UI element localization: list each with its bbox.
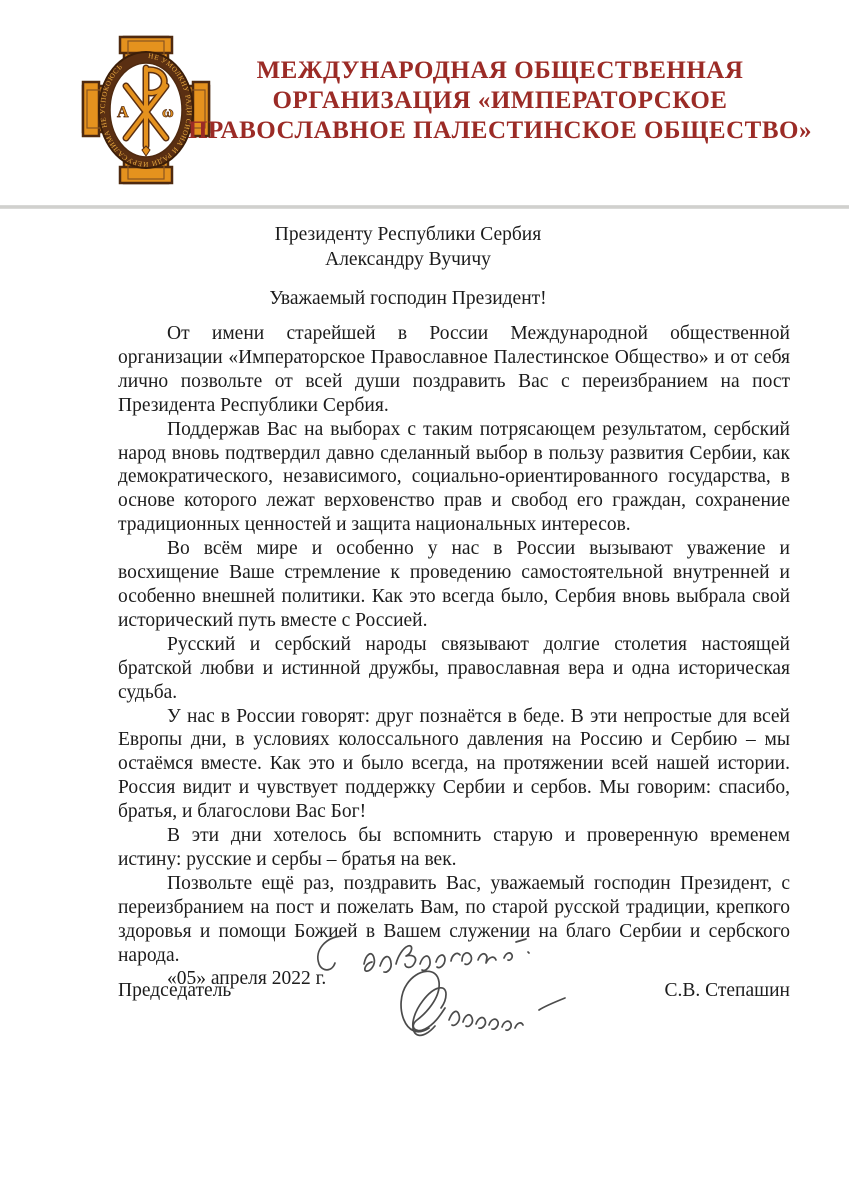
org-title-line-2: ОРГАНИЗАЦИЯ «ИМПЕРАТОРСКОЕ [170, 86, 830, 116]
org-title: МЕЖДУНАРОДНАЯ ОБЩЕСТВЕННАЯ ОРГАНИЗАЦИЯ «… [170, 56, 830, 146]
paragraph-5: У нас в России говорят: друг познаётся в… [118, 705, 790, 825]
org-title-line-3: ПРАВОСЛАВНОЕ ПАЛЕСТИНСКОЕ ОБЩЕСТВО» [170, 116, 830, 146]
paragraph-2: Поддержав Вас на выборах с таким потряса… [118, 418, 790, 538]
signer-title: Председатель [118, 980, 231, 1002]
org-title-line-1: МЕЖДУНАРОДНАЯ ОБЩЕСТВЕННАЯ [170, 56, 830, 86]
paragraph-1: От имени старейшей в России Международно… [118, 322, 790, 418]
addressee-line-1: Президенту Республики Сербия [118, 222, 698, 247]
paragraph-4: Русский и сербский народы связывают долг… [118, 633, 790, 705]
signature-handwriting [393, 964, 573, 1048]
paragraph-6: В эти дни хотелось бы вспомнить старую и… [118, 824, 790, 872]
alpha-letter: А [117, 104, 129, 121]
letter-body: От имени старейшей в России Международно… [118, 322, 790, 991]
addressee-block: Президенту Республики Сербия Александру … [118, 222, 698, 272]
addressee-line-2: Александру Вучичу [118, 247, 698, 272]
salutation: Уважаемый господин Президент! [118, 286, 698, 311]
letterhead-divider [0, 205, 849, 209]
signer-name: С.В. Степашин [664, 980, 790, 1002]
paragraph-3: Во всём мире и особенно у нас в России в… [118, 537, 790, 633]
letter-page: НЕ УМОЛКНУ РАДИ СИОНА И РАДИ ИЕРУСАЛИМА … [0, 0, 849, 1200]
